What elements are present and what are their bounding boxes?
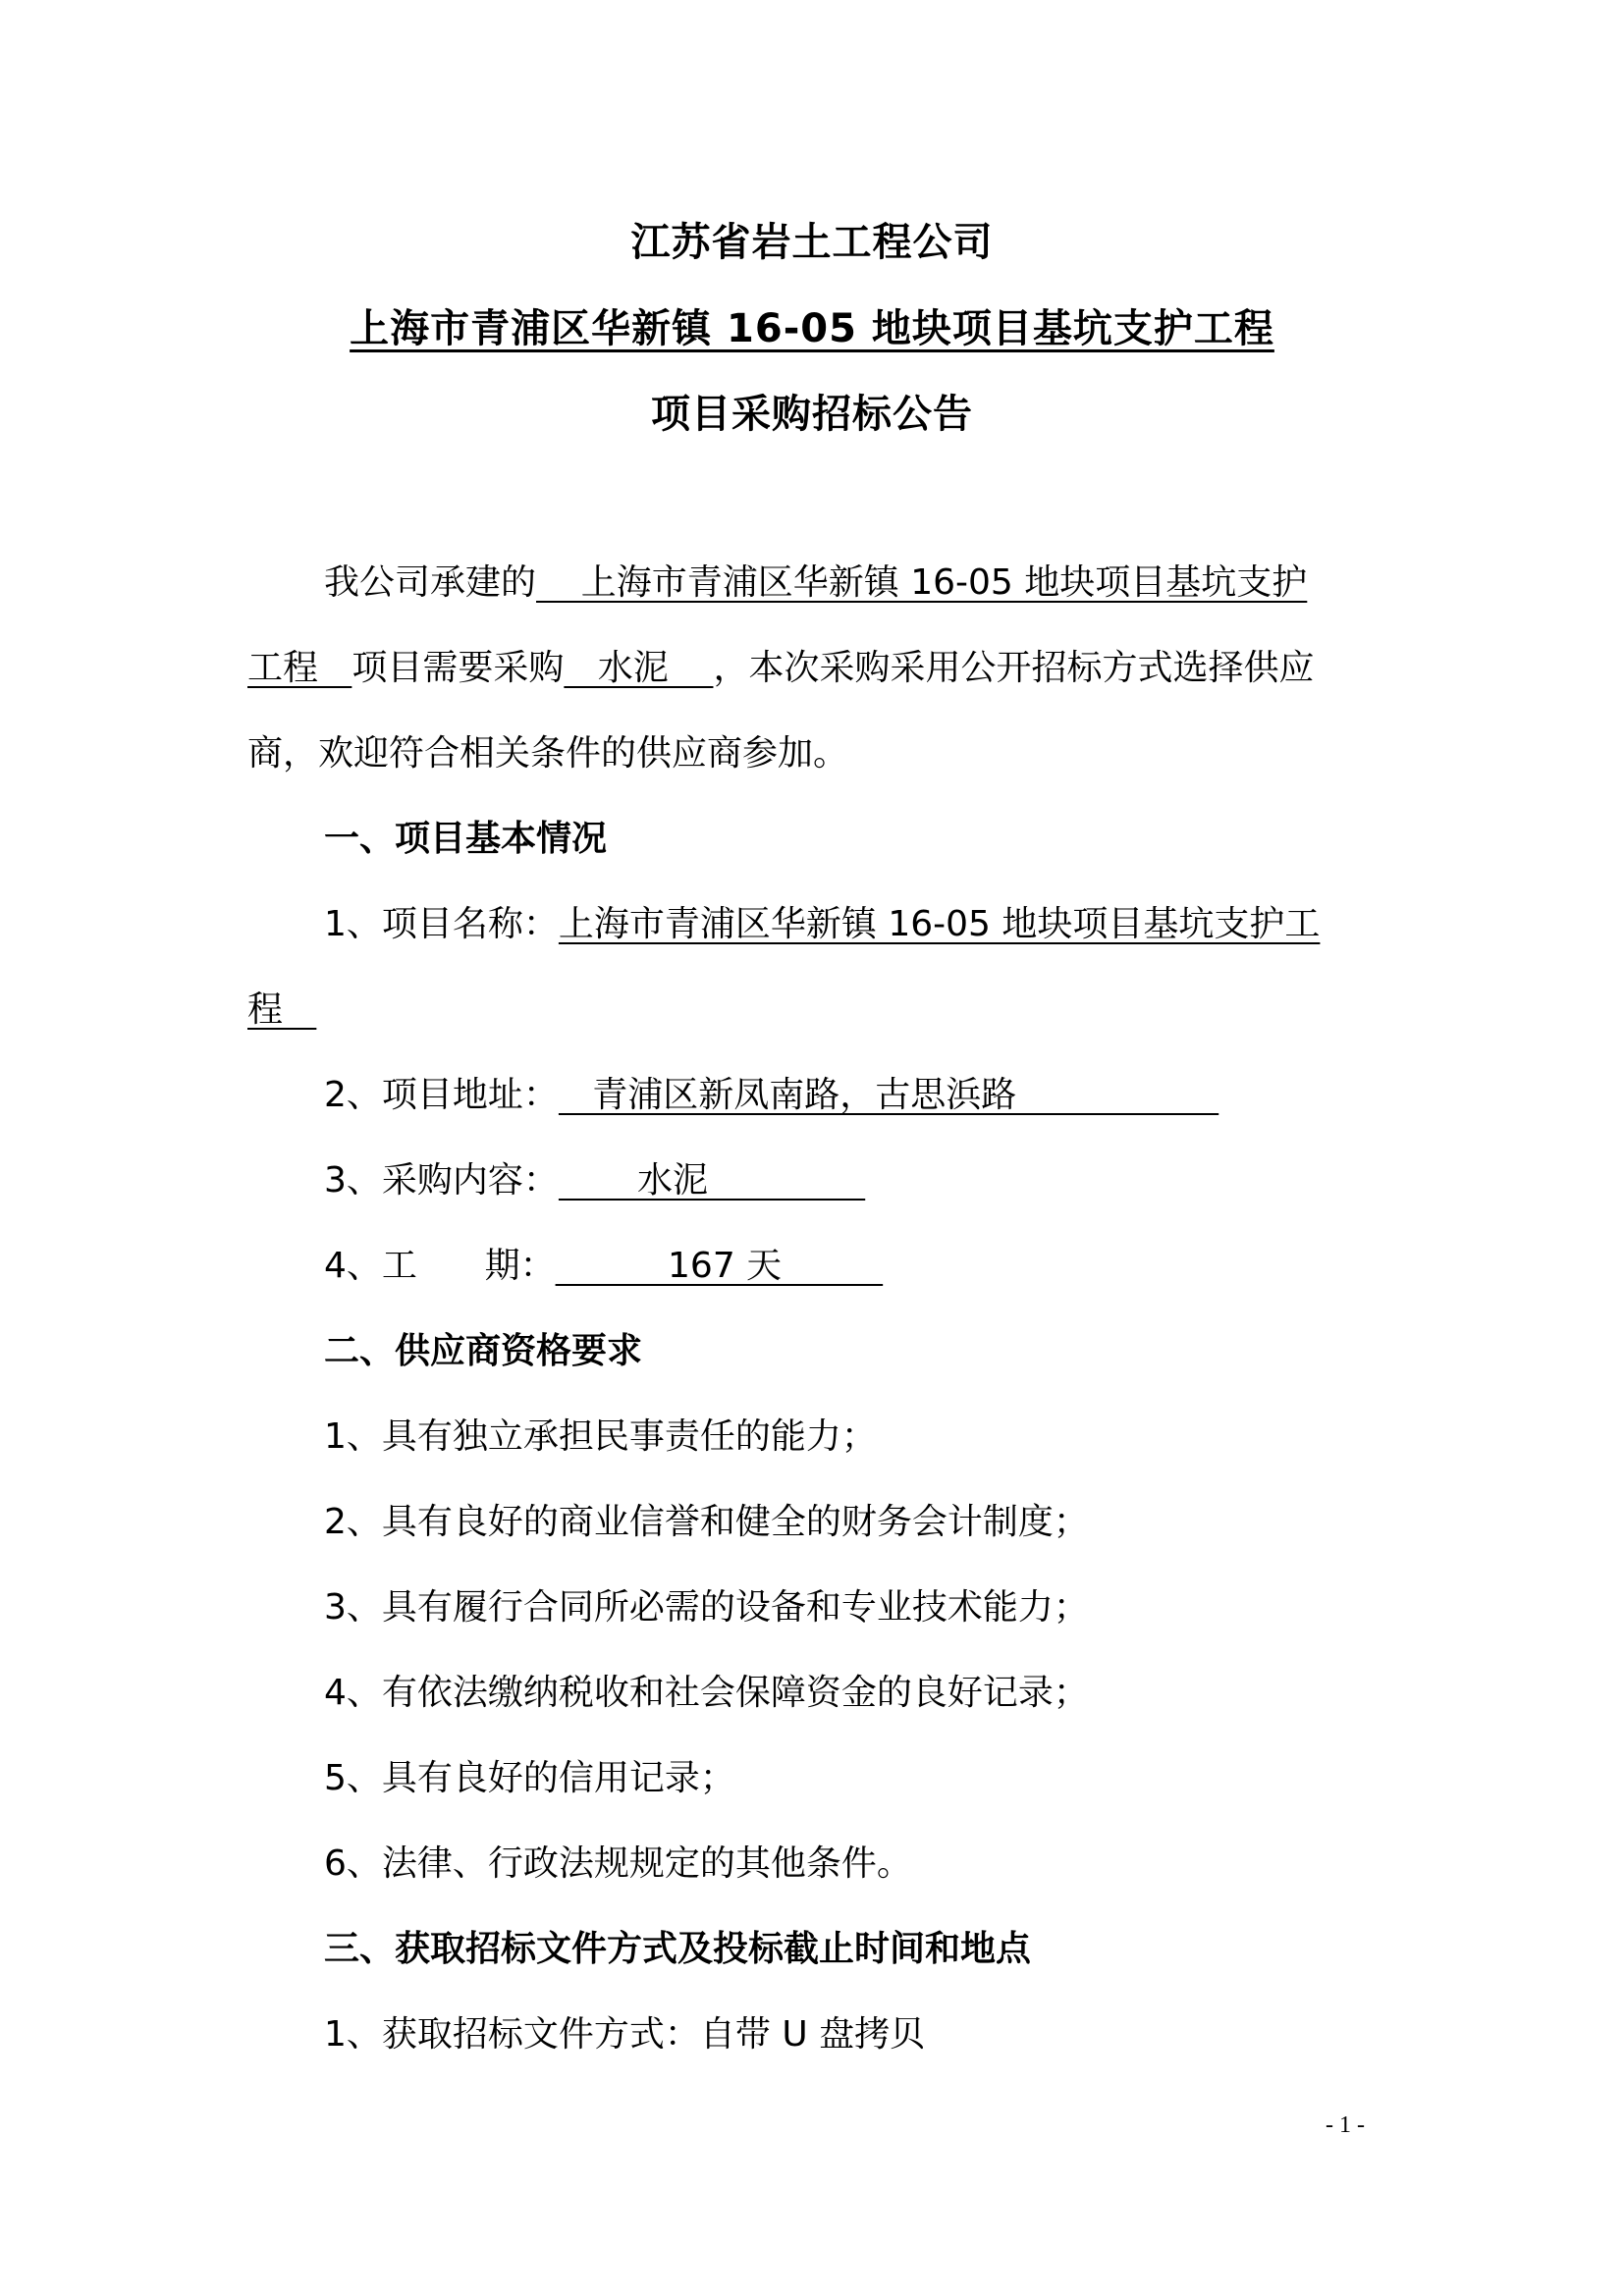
notice-title: 项目采购招标公告 bbox=[0, 383, 1624, 439]
document-page: 江苏省岩土工程公司 上海市青浦区华新镇 16-05 地块项目基坑支护工程 项目采… bbox=[0, 0, 1624, 2296]
section2-item: 2、具有良好的商业信誉和健全的财务会计制度； bbox=[324, 1501, 1386, 1544]
item-label: 1、项目名称： bbox=[324, 904, 559, 944]
section2-item: 4、有依法缴纳税收和社会保障资金的良好记录； bbox=[324, 1672, 1386, 1715]
procurement-content-value: 水泥 bbox=[559, 1160, 865, 1201]
section2-heading: 二、供应商资格要求 bbox=[324, 1330, 1386, 1373]
intro-line-3: 商，欢迎符合相关条件的供应商参加。 bbox=[247, 732, 1386, 775]
intro-line-1: 我公司承建的 上海市青浦区华新镇 16-05 地块项目基坑支护 bbox=[324, 561, 1386, 605]
intro-line-2: 工程 项目需要采购 水泥 ，本次采购采用公开招标方式选择供应 bbox=[247, 647, 1386, 690]
intro-mid: 项目需要采购 bbox=[352, 648, 564, 688]
project-address-value: 青浦区新凤南路，古思浜路 bbox=[559, 1075, 1218, 1115]
section2-item: 6、法律、行政法规规定的其他条件。 bbox=[324, 1842, 1386, 1886]
project-title-text: 上海市青浦区华新镇 16-05 地块项目基坑支护工程 bbox=[350, 306, 1274, 351]
section1-heading: 一、项目基本情况 bbox=[324, 818, 1386, 861]
duration-value: 167 天 bbox=[556, 1246, 884, 1286]
section2-item: 3、具有履行合同所必需的设备和专业技术能力； bbox=[324, 1586, 1386, 1629]
project-name-value-cont: 程 bbox=[247, 989, 316, 1030]
company-title: 江苏省岩土工程公司 bbox=[0, 211, 1624, 267]
section3-item: 1、获取招标文件方式：自带 U 盘拷贝 bbox=[324, 2013, 1386, 2056]
intro-project-name: 上海市青浦区华新镇 16-05 地块项目基坑支护 bbox=[536, 562, 1307, 603]
item-label: 2、项目地址： bbox=[324, 1075, 559, 1115]
section1-item-4: 4、工 期： 167 天 bbox=[324, 1245, 1386, 1288]
section1-item-1-cont: 程 bbox=[247, 988, 1386, 1032]
section1-item-1: 1、项目名称：上海市青浦区华新镇 16-05 地块项目基坑支护工 bbox=[324, 903, 1386, 946]
intro-item: 水泥 bbox=[564, 648, 713, 688]
intro-project-name-end: 工程 bbox=[247, 648, 352, 688]
project-name-value: 上海市青浦区华新镇 16-05 地块项目基坑支护工 bbox=[559, 904, 1321, 944]
intro-suffix: ，本次采购采用公开招标方式选择供应 bbox=[713, 648, 1314, 688]
item-label: 3、采购内容： bbox=[324, 1160, 559, 1201]
section1-item-2: 2、项目地址： 青浦区新凤南路，古思浜路 bbox=[324, 1074, 1386, 1117]
section2-item: 5、具有良好的信用记录； bbox=[324, 1757, 1386, 1800]
intro-prefix: 我公司承建的 bbox=[324, 562, 536, 603]
project-title: 上海市青浦区华新镇 16-05 地块项目基坑支护工程 bbox=[0, 297, 1624, 353]
section1-item-3: 3、采购内容： 水泥 bbox=[324, 1159, 1386, 1202]
page-number: - 1 - bbox=[1326, 2112, 1365, 2139]
section3-heading: 三、获取招标文件方式及投标截止时间和地点 bbox=[324, 1928, 1386, 1971]
section2-item: 1、具有独立承担民事责任的能力； bbox=[324, 1415, 1386, 1459]
item-label: 4、工 期： bbox=[324, 1246, 556, 1286]
